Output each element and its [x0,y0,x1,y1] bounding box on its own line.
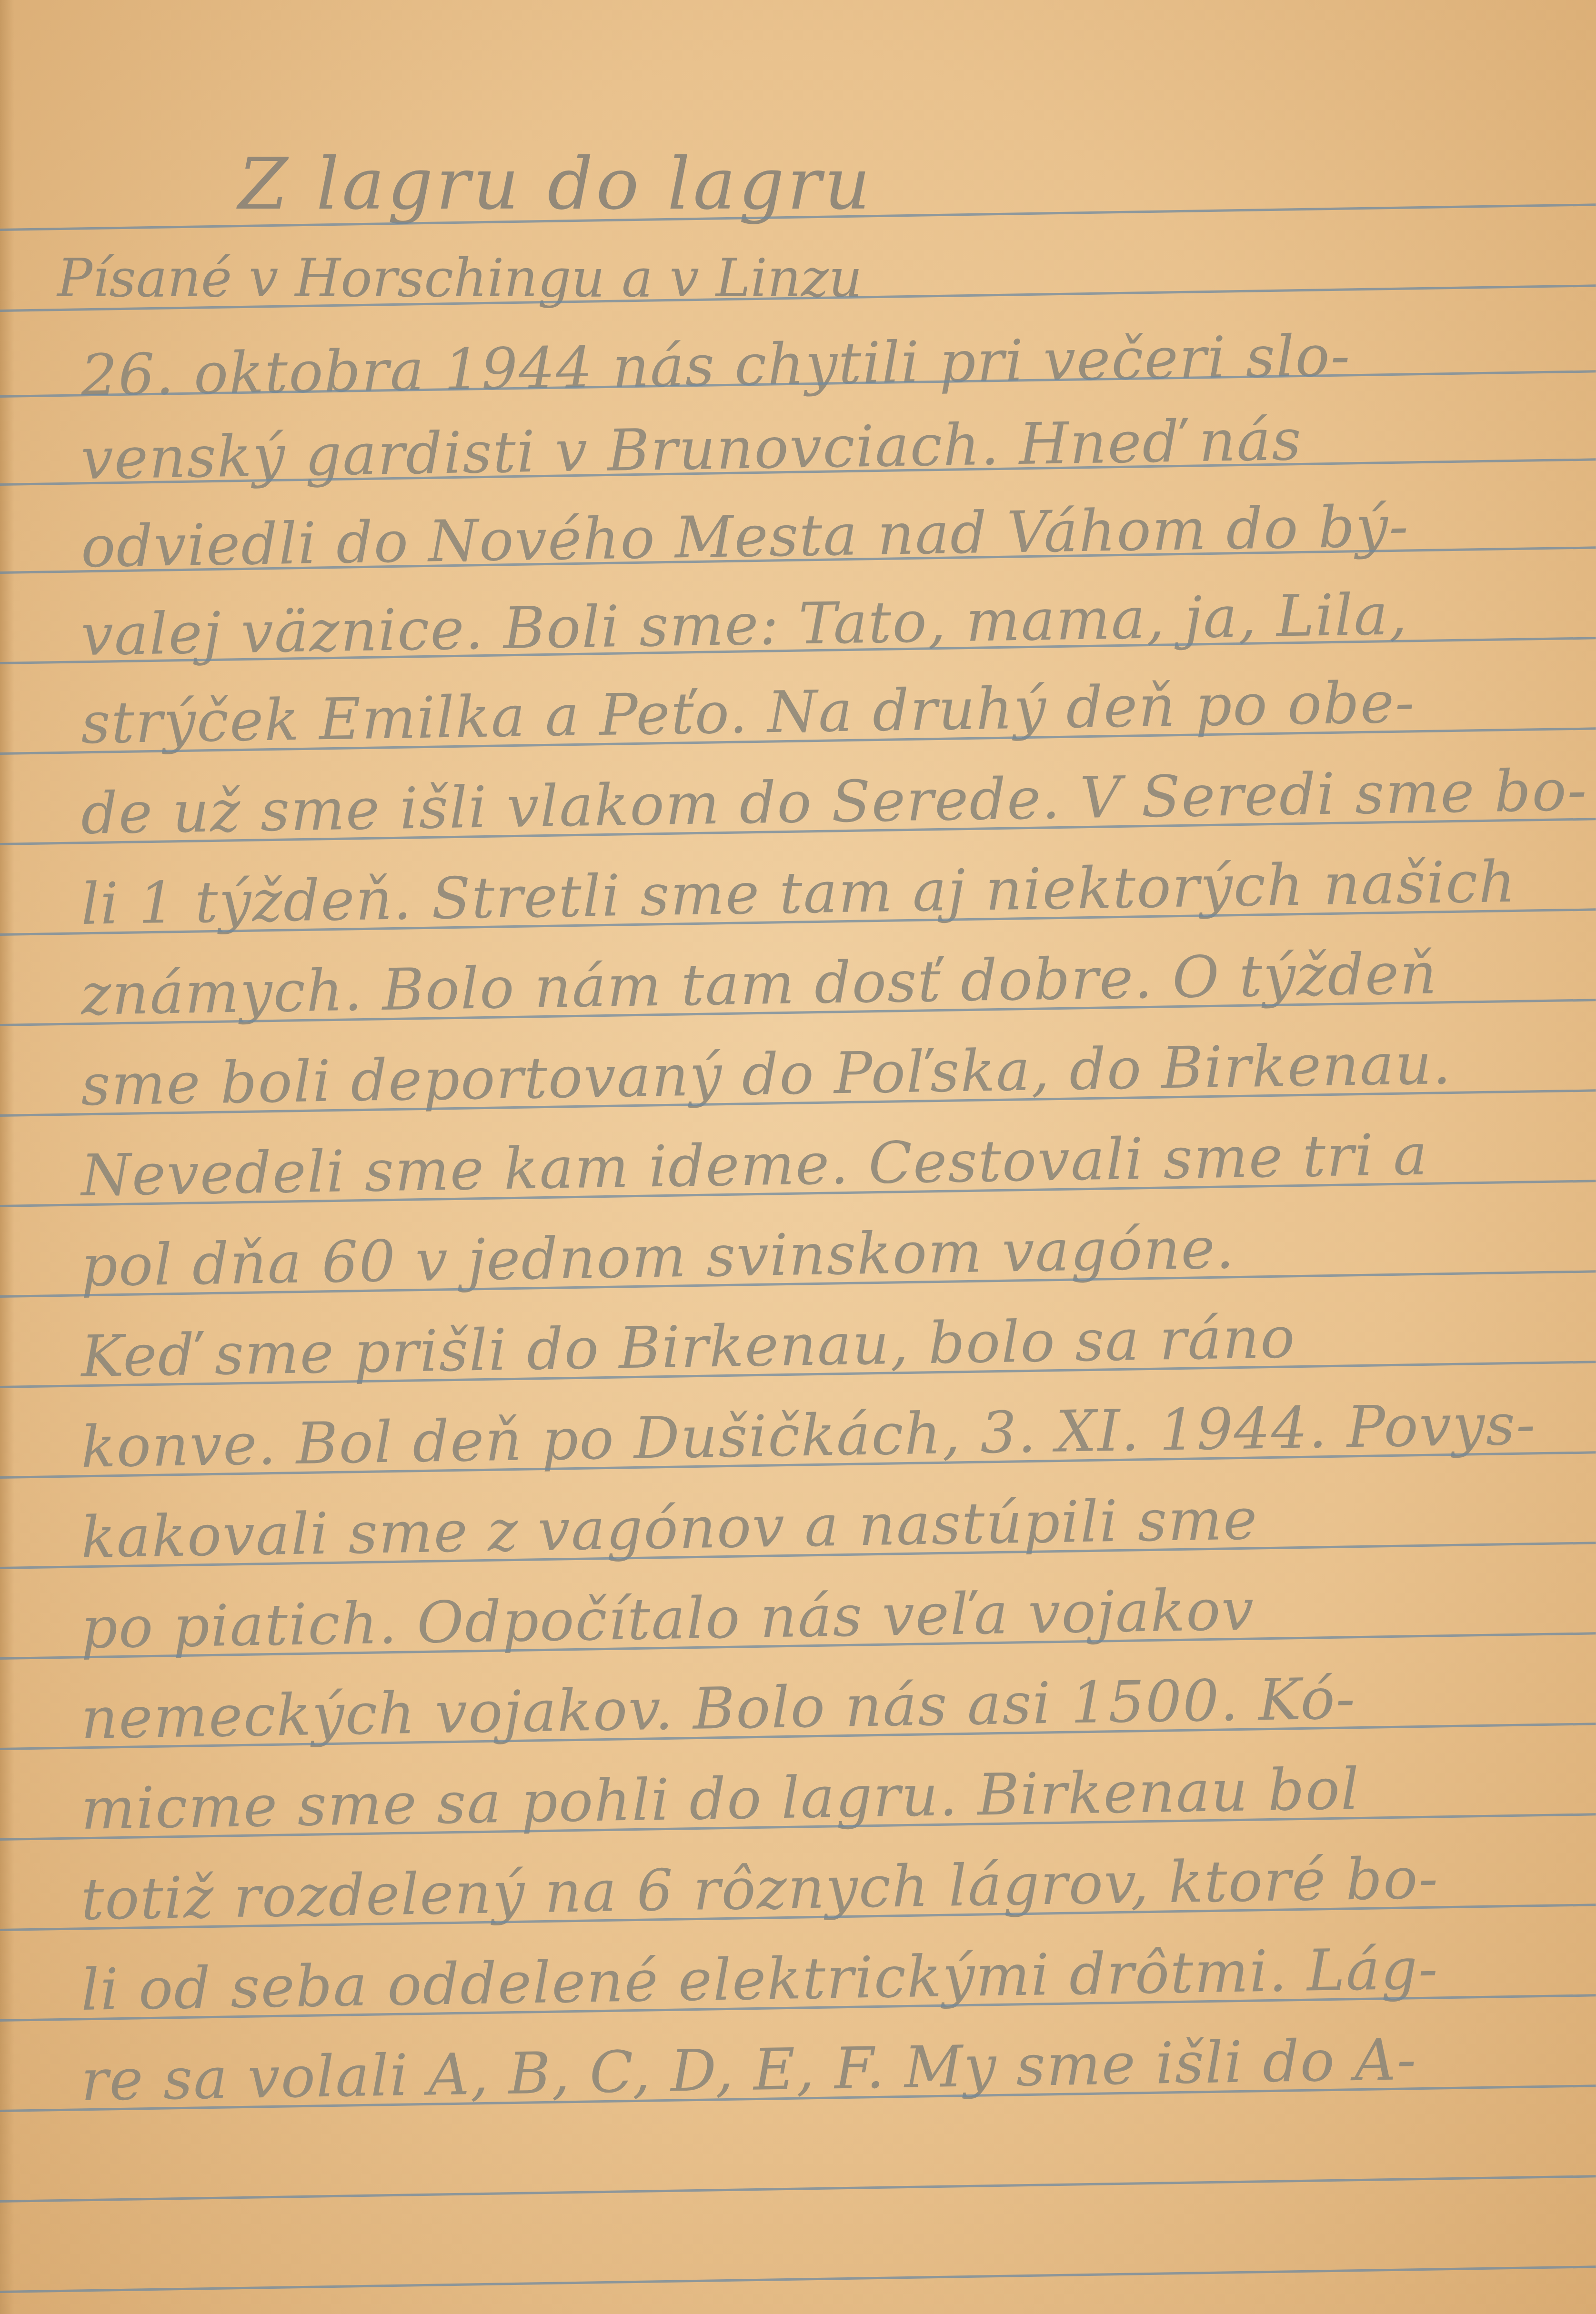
page-title: Z lagru do lagru [238,143,873,226]
text-line: konve. Bol deň po Dušičkách, 3. XI. 1944… [80,1391,1582,1481]
ruled-line [0,2175,1596,2203]
text-line: 26. oktobra 1944 nás chytili pri večeri … [80,320,1582,409]
text-line: sme boli deportovaný do Poľska, do Birke… [80,1029,1582,1119]
text-line: pol dňa 60 v jednom svinskom vagóne. [80,1210,1582,1300]
text-line: li od seba oddelené elektrickými drôtmi.… [80,1934,1582,2023]
text-line: re sa volali A, B, C, D, E, F. My sme iš… [80,2024,1582,2114]
text-line: strýček Emilka a Peťo. Na druhý deň po o… [80,667,1582,757]
text-line: po piatich. Odpočítalo nás veľa vojakov [80,1572,1582,1662]
text-line: micme sme sa pohli do lagru. Birkenau bo… [80,1753,1582,1843]
text-line: Keď sme prišli do Birkenau, bolo sa ráno [80,1301,1582,1390]
text-line: li 1 týždeň. Stretli sme tam aj niektorý… [80,848,1582,938]
handwritten-page: Z lagru do lagru Písané v Horschingu a v… [0,0,1596,2314]
text-line: známych. Bolo nám tam dosť dobre. O týžd… [80,939,1582,1028]
text-line: valej väznice. Boli sme: Tato, mama, ja,… [80,579,1582,669]
text-line: Nevedeli sme kam ideme. Cestovali sme tr… [80,1120,1582,1209]
text-line: de už sme išli vlakom do Serede. V Sered… [80,758,1582,847]
text-line: kakovali sme z vagónov a nastúpili sme [80,1482,1582,1571]
text-line: nemeckých vojakov. Bolo nás asi 1500. Kó… [80,1663,1582,1752]
ruled-line [0,2265,1596,2293]
text-line: totiž rozdelený na 6 rôznych lágrov, kto… [80,1843,1582,1933]
page-edge-shadow [0,0,14,2314]
